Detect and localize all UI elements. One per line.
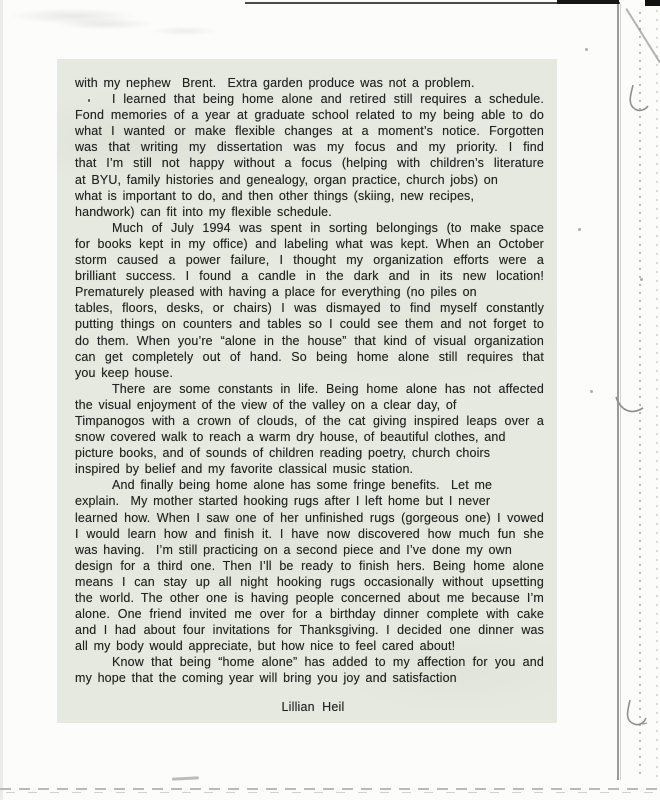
letter-line: means I can stay up all night hooking ru… [75,574,544,590]
letter-line: you keep house. [75,365,544,381]
letter-line: what is important to do, and then other … [75,188,544,204]
scanner-corner-artifact [645,0,660,6]
letter-line: my hope that the coming year will bring … [75,670,544,686]
scanner-top-line-artifact [245,2,620,4]
letter-paper: with my nephew Brent. Extra garden produ… [57,59,557,723]
paragraph: There are some constants in life. Being … [75,381,544,478]
letter-line: for books kept in my office) and labelin… [75,236,544,252]
letter-line: Know that being “home alone” has added t… [75,654,544,670]
letter-line: And finally being home alone has some fr… [75,477,544,493]
letter-line: that I’m still not happy without a focus… [75,155,544,171]
scan-noise-smudge [150,26,220,36]
letter-line: the world. The other one is having peopl… [75,590,544,606]
scan-speck [640,278,643,281]
letter-line: alone. One friend invited me over for a … [75,606,544,622]
letter-line: all my body would appreciate, but how ni… [75,638,544,654]
letter-line: explain. My mother started hooking rugs … [75,493,544,509]
folded-corner-line [625,8,660,63]
letter-line: brilliant success. I found a candle in t… [75,268,544,284]
scan-speck [585,48,588,51]
letter-line: inspired by belief and my favorite class… [75,461,544,477]
sheet-protector-edge [617,4,619,780]
letter-line: was having. I’m still practicing on a se… [75,542,544,558]
letter-line: can get completely out of hand. So being… [75,349,544,365]
letter-line: learned how. When I saw one of her unfin… [75,510,544,526]
scan-noise-smudge [8,8,138,24]
page-edge-dots [656,10,658,782]
paragraph: I learned that being home alone and reti… [75,91,544,220]
letter-line: what I wanted or make flexible changes a… [75,123,544,139]
sheet-protector-edge-highlight [620,4,621,780]
page-bottom-dashed-edge [0,788,660,790]
letter-line: snow covered walk to reach a warm dry ho… [75,429,544,445]
letter-line: storm caused a power failure, I thought … [75,252,544,268]
letter-line: tables, floors, desks, or chairs) I was … [75,300,544,316]
punch-hole-mark-bottom [608,696,650,736]
signature: Lillian Heil [63,700,563,714]
letter-line: There are some constants in life. Being … [75,381,544,397]
letter-line: handwork) can fit into my flexible sched… [75,204,544,220]
letter-line: Timpanogos with a crown of clouds, of th… [75,413,544,429]
letter-line: Much of July 1994 was spent in sorting b… [75,220,544,236]
punch-hole-mark-top [610,82,652,122]
letter-line: at BYU, family histories and genealogy, … [75,172,544,188]
scan-smudge-bottom [172,776,199,780]
scan-speck [578,228,581,231]
scan-speck [590,390,593,393]
scanner-top-bar-artifact [557,0,619,4]
punch-hole-mark-middle [612,392,650,422]
paragraph: And finally being home alone has some fr… [75,477,544,654]
letter-line: Prematurely pleased with having a place … [75,284,544,300]
letter-line: design for a third one. Then I’ll be rea… [75,558,544,574]
scanner-left-edge-band [0,0,3,800]
letter-line: do them. When you’re “alone in the house… [75,333,544,349]
perforation-dots [639,12,641,780]
page-bottom-dashed-edge-faint [6,792,656,793]
letter-line: I learned that being home alone and reti… [75,91,544,107]
scan-noise-smudge [55,18,155,30]
letter-line: putting things on counters and tables so… [75,316,544,332]
paragraph: Much of July 1994 was spent in sorting b… [75,220,544,381]
letter-body: with my nephew Brent. Extra garden produ… [57,59,557,687]
paragraph: Know that being “home alone” has added t… [75,654,544,686]
letter-line: picture books, and of sounds of children… [75,445,544,461]
letter-line: with my nephew Brent. Extra garden produ… [75,75,544,91]
letter-line: Fond memories of a year at graduate scho… [75,107,544,123]
letter-line: and I had about four invitations for Tha… [75,622,544,638]
paragraph: with my nephew Brent. Extra garden produ… [75,75,544,91]
letter-line: the visual enjoyment of the view of the … [75,397,544,413]
scanned-letter-page: with my nephew Brent. Extra garden produ… [0,0,660,800]
letter-line: was that writing my dissertation was my … [75,139,544,155]
letter-line: I would learn how and finish it. I have … [75,526,544,542]
